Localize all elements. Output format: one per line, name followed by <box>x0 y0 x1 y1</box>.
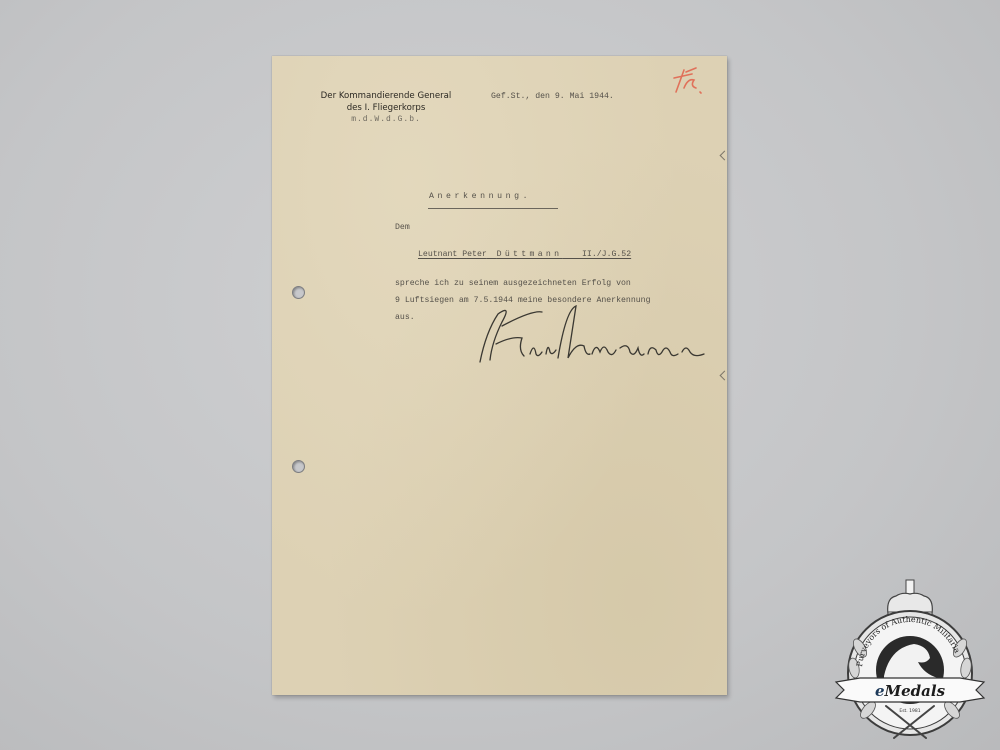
punch-hole-upper <box>292 286 305 299</box>
letterhead-line-1: Der Kommandierende General <box>300 90 472 102</box>
salutation: Dem <box>395 223 410 232</box>
title-underline <box>428 208 558 209</box>
body-line-3: aus. <box>395 313 415 322</box>
emedals-logo-icon: Purveyors of Authentic Militaria eMedals… <box>830 578 990 743</box>
signature-deichmann <box>472 302 712 372</box>
svg-text:Est. 1981: Est. 1981 <box>899 708 920 714</box>
recipient-line: Leutnant Peter Düttmann II./J.G.52 <box>418 250 631 259</box>
letterhead-line-2: des I. Fliegerkorps <box>300 102 472 114</box>
recipient-rank-name: Leutnant Peter <box>418 250 487 259</box>
punch-hole-lower <box>292 460 305 473</box>
dateline: Gef.St., den 9. Mai 1944. <box>491 92 614 101</box>
document-title: Anerkennung. <box>429 192 531 201</box>
svg-text:eMedals: eMedals <box>875 682 946 700</box>
red-pencil-initial-icon <box>670 66 706 96</box>
letterhead-line-3: m.d.W.d.G.b. <box>300 114 472 126</box>
document-sheet: Der Kommandierende General des I. Fliege… <box>272 56 727 695</box>
body-line-1: spreche ich zu seinem ausgezeichneten Er… <box>395 279 631 288</box>
letterhead: Der Kommandierende General des I. Fliege… <box>300 90 472 126</box>
recipient-surname: Düttmann <box>497 250 563 259</box>
recipient-unit: II./J.G.52 <box>582 250 631 259</box>
